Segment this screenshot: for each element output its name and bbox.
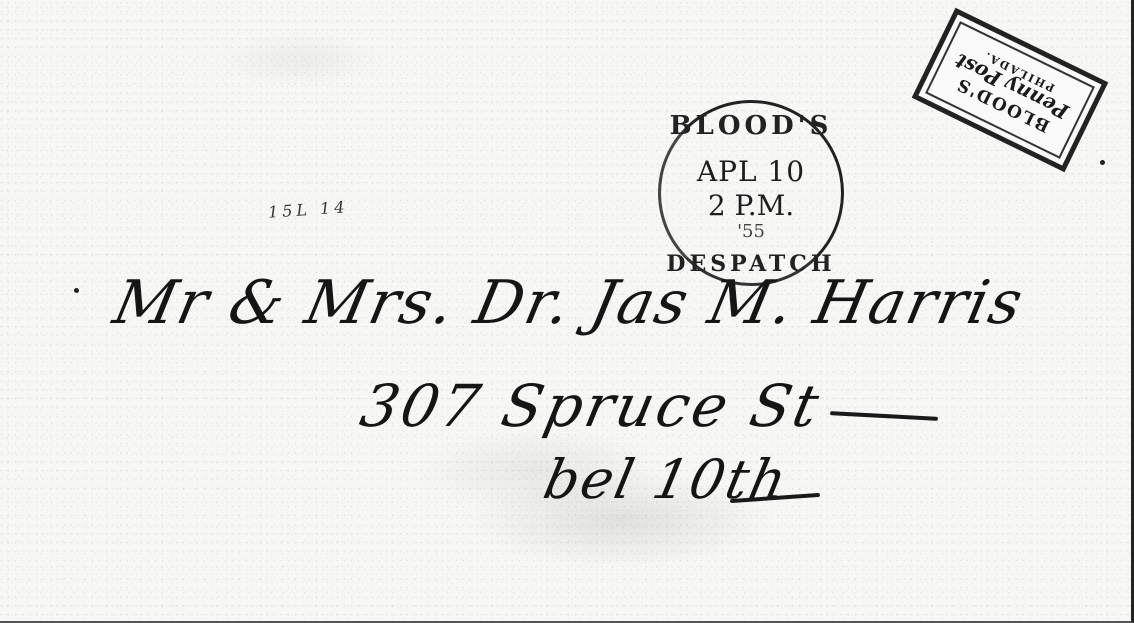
postmark-date: APL 10 (661, 155, 841, 188)
address-line-3: bel 10th (538, 448, 794, 511)
envelope-cover: BLOOD'S Penny Post PHILADA. BLOOD'S APL … (0, 0, 1134, 623)
address-line-1: Mr & Mrs. Dr. Jas M. Harris (108, 268, 1031, 338)
ink-speck (1100, 160, 1105, 165)
stamp-frame: BLOOD'S Penny Post PHILADA. (925, 21, 1095, 159)
postmark-top-text: BLOOD'S (661, 111, 841, 141)
ink-speck (74, 288, 79, 293)
circular-postmark: BLOOD'S APL 10 2 P.M. '55 DESPATCH (658, 100, 844, 286)
postmark-time: 2 P.M. (661, 189, 841, 222)
pencil-notation: 15L 14 (267, 197, 349, 222)
penny-post-stamp: BLOOD'S Penny Post PHILADA. (912, 8, 1109, 172)
postmark-year: '55 (661, 221, 841, 242)
address-line-2: 307 Spruce St (355, 372, 828, 440)
street-underline (830, 411, 938, 421)
